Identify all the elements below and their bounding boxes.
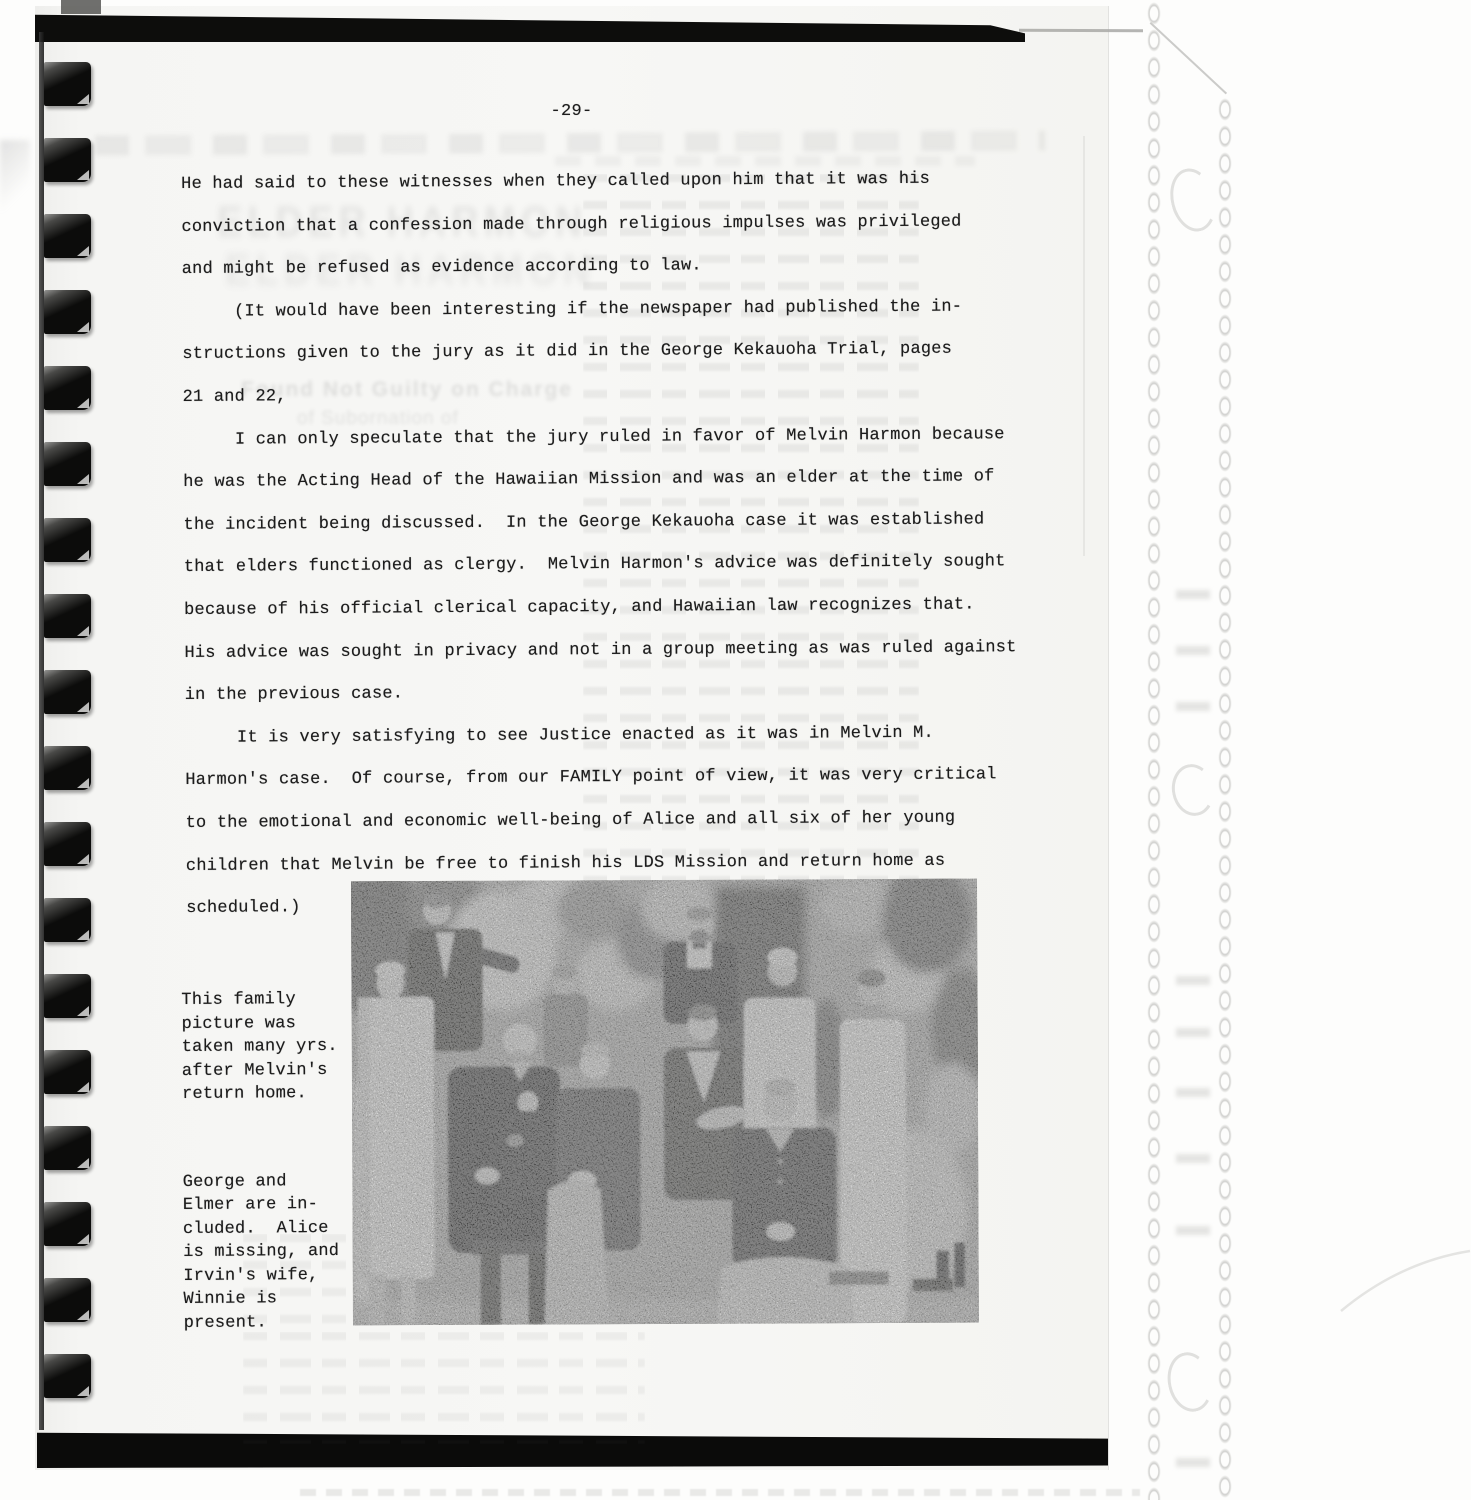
photo-caption: This family picture was taken many yrs. … [181,941,340,1382]
comb-tooth [44,62,91,106]
sleeve-smudge [1176,1154,1210,1163]
binder-ring-bottom [1162,1348,1218,1416]
page-number: -29- [35,102,1108,121]
sleeve-smudge [1176,1088,1210,1097]
comb-tooth [44,290,91,334]
sleeve-stitch-line-left [1146,0,1162,1500]
next-page-dots [300,1489,1140,1496]
sleeve-smudge [1176,1458,1210,1467]
page: ELDER HARMON ELDER HARMON Found Not Guil… [35,6,1108,1470]
comb-tooth [44,1202,91,1246]
family-photo [351,879,979,1326]
scan-edge-top [35,11,1025,42]
comb-tooth [44,822,91,866]
sleeve-smudge [1176,1226,1210,1235]
comb-tooth [44,1278,91,1322]
binder-ring-top [1164,164,1222,237]
comb-tooth [44,898,91,942]
comb-tooth [44,366,91,410]
comb-tooth [44,518,91,562]
body-text: He had said to these witnesses when they… [181,158,1048,931]
comb-tooth [44,1354,91,1398]
sleeve-stitch-line-right [1217,96,1233,1500]
scan-edge-bottom [37,1426,1108,1468]
comb-tooth-partial [61,0,101,14]
sleeve-smudge [1176,1028,1210,1037]
page-curl-line [1340,1248,1471,1313]
comb-tooth [44,974,91,1018]
scanned-document: ELDER HARMON ELDER HARMON Found Not Guil… [0,0,1471,1500]
comb-tooth [44,1126,91,1170]
sleeve-smudge [1176,646,1210,655]
comb-tooth [44,746,91,790]
comb-tooth [44,670,91,714]
comb-tooth [44,214,91,258]
photo-caption-paragraph-2: George and Elmer are in- cluded. Alice i… [183,1169,340,1335]
scan-smudge-left [0,140,30,235]
sleeve-smudge [1176,702,1210,711]
comb-tooth [44,138,91,182]
family-photo-image [351,879,979,1326]
bleedthrough-masthead [95,131,1045,156]
comb-tooth [44,594,91,638]
scan-edge-top-tail [1019,29,1143,33]
photo-caption-paragraph-1: This family picture was taken many yrs. … [181,988,338,1107]
page-fold-line [1083,136,1085,556]
binder-ring-middle [1168,761,1218,820]
comb-tooth [44,1050,91,1094]
sleeve-smudge [1176,590,1210,599]
comb-tooth [44,442,91,486]
sleeve-smudge [1176,976,1210,985]
